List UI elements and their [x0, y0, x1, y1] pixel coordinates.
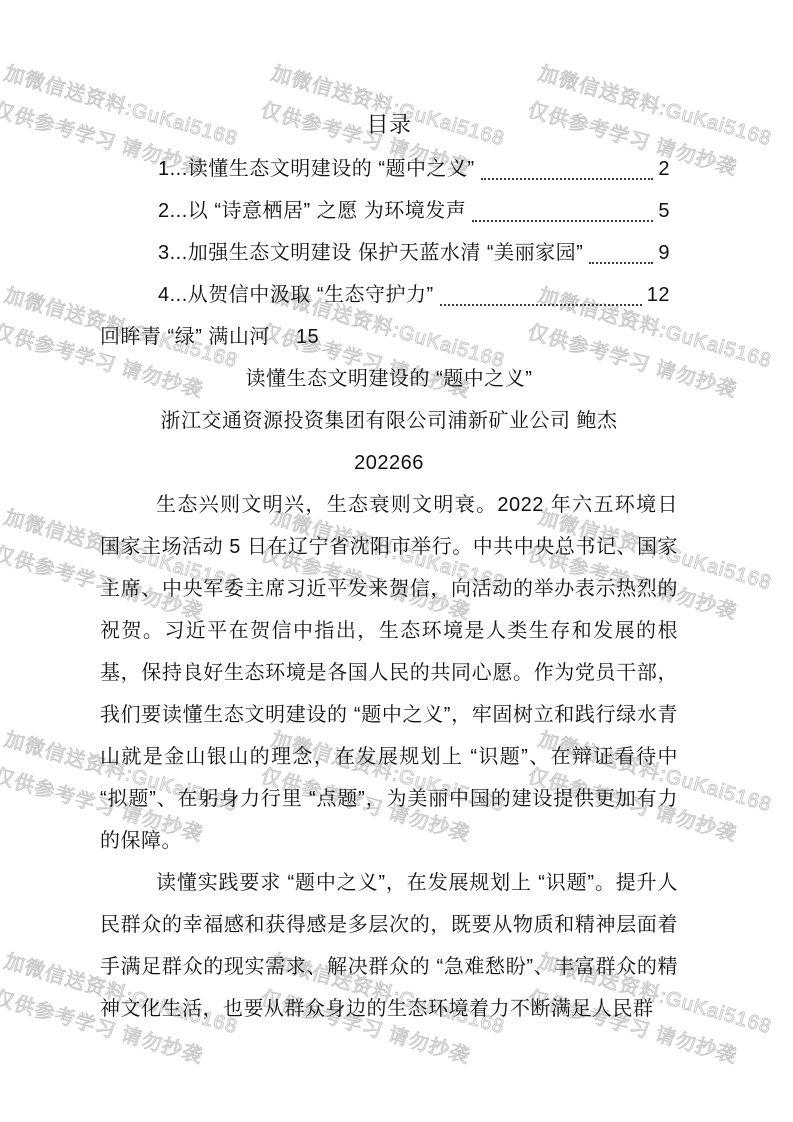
toc-extra-label: 回眸青 “绿” 满山河: [100, 316, 270, 358]
article-date: 202266: [100, 442, 678, 484]
toc-dot-leader: [440, 304, 642, 306]
article-byline: 浙江交通资源投资集团有限公司浦新矿业公司 鲍杰: [100, 400, 678, 442]
document-content: 目录 1...读懂生态文明建设的 “题中之义” 2 2...以 “诗意栖居” 之…: [100, 104, 678, 1030]
toc-item-page: 5: [658, 190, 670, 232]
article-title: 读懂生态文明建设的 “题中之义”: [100, 358, 678, 400]
toc-item-label: 3...加强生态文明建设 保护天蓝水清 “美丽家园”: [158, 232, 583, 274]
toc-item-3: 3...加强生态文明建设 保护天蓝水清 “美丽家园” 9: [100, 232, 678, 274]
toc-dot-leader: [589, 262, 653, 264]
toc-item-page: 12: [647, 274, 670, 316]
toc-item-label: 2...以 “诗意栖居” 之愿 为环境发声: [158, 190, 466, 232]
document-page: 加微信送资料:GuKai5168仅供参考学习 请勿抄袭加微信送资料:GuKai5…: [0, 0, 793, 1122]
toc-item-4: 4...从贺信中汲取 “生态守护力” 12: [100, 274, 678, 316]
toc-item-label: 4...从贺信中汲取 “生态守护力”: [158, 274, 434, 316]
toc-item-label: 1...读懂生态文明建设的 “题中之义”: [158, 148, 475, 190]
toc-heading: 目录: [100, 104, 678, 146]
body-paragraph-2: 读懂实践要求 “题中之义”，在发展规划上 “识题”。提升人民群众的幸福感和获得感…: [100, 862, 678, 1030]
body-paragraph-1: 生态兴则文明兴，生态衰则文明衰。2022 年六五环境日国家主场活动 5 日在辽宁…: [100, 484, 678, 862]
toc-item-page: 9: [658, 232, 670, 274]
toc-dot-leader: [472, 220, 653, 222]
toc-extra-item: 回眸青 “绿” 满山河 15: [100, 316, 678, 358]
toc-dot-leader: [481, 178, 654, 180]
toc-item-1: 1...读懂生态文明建设的 “题中之义” 2: [100, 148, 678, 190]
toc-item-page: 2: [658, 148, 670, 190]
toc-extra-page: 15: [296, 316, 319, 358]
toc-item-2: 2...以 “诗意栖居” 之愿 为环境发声 5: [100, 190, 678, 232]
